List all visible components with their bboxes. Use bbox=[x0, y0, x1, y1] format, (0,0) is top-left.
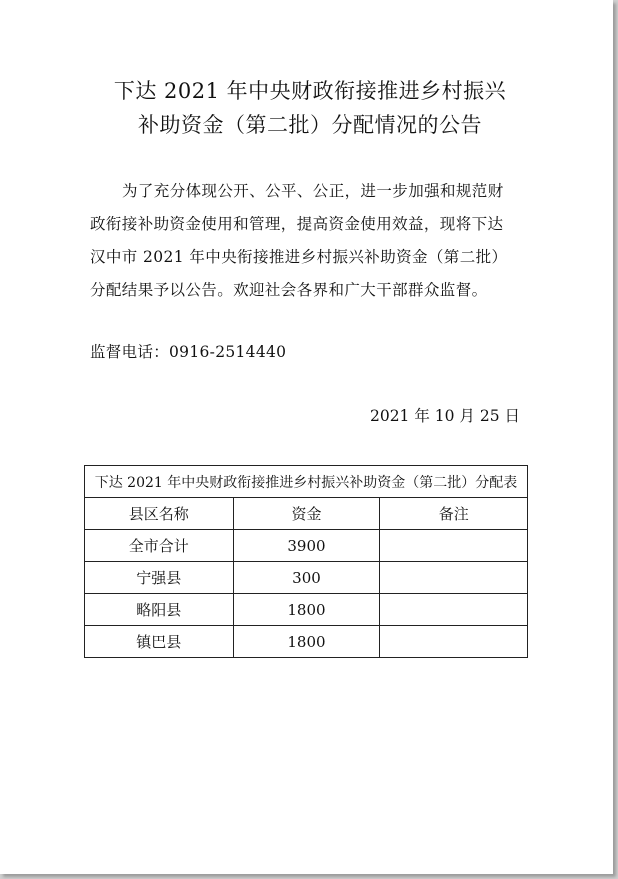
table-header-row: 县区名称 资金 备注 bbox=[85, 498, 528, 530]
table-row: 宁强县 300 bbox=[85, 562, 528, 594]
document-title: 下达 2021 年中央财政衔接推进乡村振兴 补助资金（第二批）分配情况的公告 bbox=[60, 74, 560, 142]
header-note: 备注 bbox=[380, 498, 528, 530]
phone-label: 监督电话： bbox=[90, 343, 169, 361]
phone-number: 0916-2514440 bbox=[169, 343, 286, 361]
body-line-3: 汉中市 2021 年中央衔接推进乡村振兴补助资金（第二批） bbox=[90, 241, 530, 274]
cell-amount: 300 bbox=[233, 562, 380, 594]
table-row: 全市合计 3900 bbox=[85, 530, 528, 562]
header-amount: 资金 bbox=[233, 498, 380, 530]
cell-county: 宁强县 bbox=[85, 562, 234, 594]
allocation-table: 下达 2021 年中央财政衔接推进乡村振兴补助资金（第二批）分配表 县区名称 资… bbox=[84, 465, 528, 658]
body-line-4: 分配结果予以公告。欢迎社会各界和广大干部群众监督。 bbox=[90, 274, 530, 307]
cell-county: 全市合计 bbox=[85, 530, 234, 562]
header-county: 县区名称 bbox=[85, 498, 234, 530]
cell-note bbox=[380, 594, 528, 626]
cell-amount: 3900 bbox=[233, 530, 380, 562]
supervision-phone: 监督电话：0916-2514440 bbox=[90, 340, 286, 364]
table-caption-row: 下达 2021 年中央财政衔接推进乡村振兴补助资金（第二批）分配表 bbox=[85, 466, 528, 498]
body-line-2: 政衔接补助资金使用和管理，提高资金使用效益，现将下达 bbox=[90, 208, 530, 241]
document-page: 下达 2021 年中央财政衔接推进乡村振兴 补助资金（第二批）分配情况的公告 为… bbox=[0, 0, 613, 874]
cell-note bbox=[380, 562, 528, 594]
cell-county: 略阳县 bbox=[85, 594, 234, 626]
table-row: 略阳县 1800 bbox=[85, 594, 528, 626]
title-line-2: 补助资金（第二批）分配情况的公告 bbox=[60, 108, 560, 142]
table-caption: 下达 2021 年中央财政衔接推进乡村振兴补助资金（第二批）分配表 bbox=[85, 466, 528, 498]
cell-amount: 1800 bbox=[233, 594, 380, 626]
publish-date: 2021 年 10 月 25 日 bbox=[370, 404, 520, 428]
body-line-1: 为了充分体现公开、公平、公正，进一步加强和规范财 bbox=[90, 175, 530, 208]
cell-note bbox=[380, 530, 528, 562]
title-line-1: 下达 2021 年中央财政衔接推进乡村振兴 bbox=[60, 74, 560, 108]
cell-amount: 1800 bbox=[233, 626, 380, 658]
table-row: 镇巴县 1800 bbox=[85, 626, 528, 658]
announcement-body: 为了充分体现公开、公平、公正，进一步加强和规范财 政衔接补助资金使用和管理，提高… bbox=[90, 175, 530, 307]
cell-note bbox=[380, 626, 528, 658]
cell-county: 镇巴县 bbox=[85, 626, 234, 658]
